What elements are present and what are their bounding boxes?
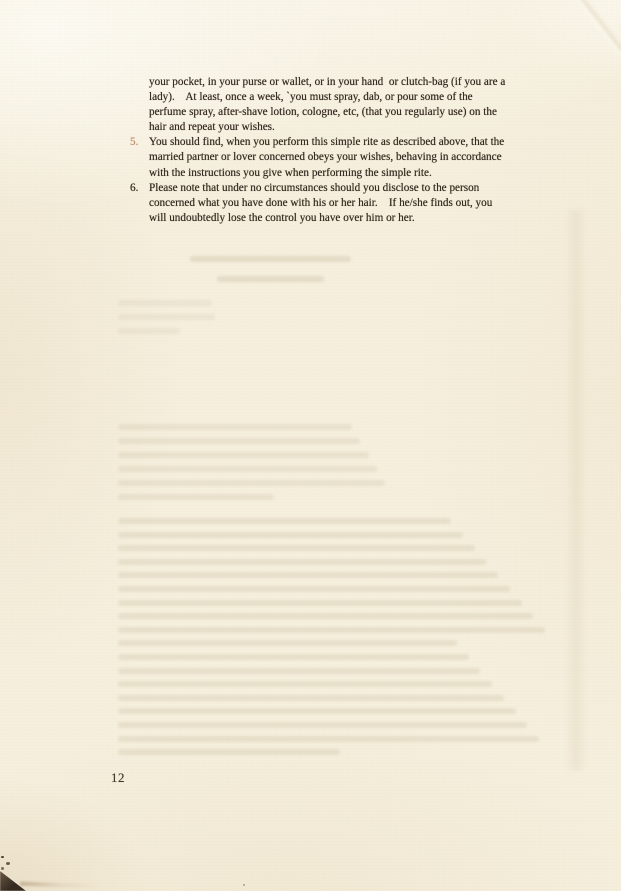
list-item-5: 5. You should find, when you perform thi… [149, 135, 554, 180]
ink-speckle [243, 884, 245, 886]
list-item-6-text: Please note that under no circumstances … [149, 181, 554, 226]
scanned-page: your pocket, in your purse or wallet, or… [0, 0, 621, 891]
ink-speckle [1, 867, 4, 870]
list-item-5-number: 5. [130, 135, 138, 150]
page-corner-curl-highlight [20, 882, 100, 889]
ghost-text-block [118, 424, 418, 508]
paragraph-item4-continuation: your pocket, in your purse or wallet, or… [149, 75, 554, 135]
ink-speckle [1, 856, 4, 858]
crease-right-vertical [566, 210, 586, 770]
list-item-5-text: You should find, when you perform this s… [149, 135, 554, 180]
ghost-text-block [118, 518, 545, 763]
ghost-text-block [167, 256, 373, 296]
list-item-6-number: 6. [130, 181, 138, 196]
list-item-6: 6. Please note that under no circumstanc… [149, 181, 554, 226]
ghost-text-block [118, 300, 238, 342]
ink-speckle [6, 862, 10, 865]
body-text-block: your pocket, in your purse or wallet, or… [149, 75, 554, 226]
crease-top-right [575, 0, 621, 57]
page-number: 12 [111, 770, 125, 786]
